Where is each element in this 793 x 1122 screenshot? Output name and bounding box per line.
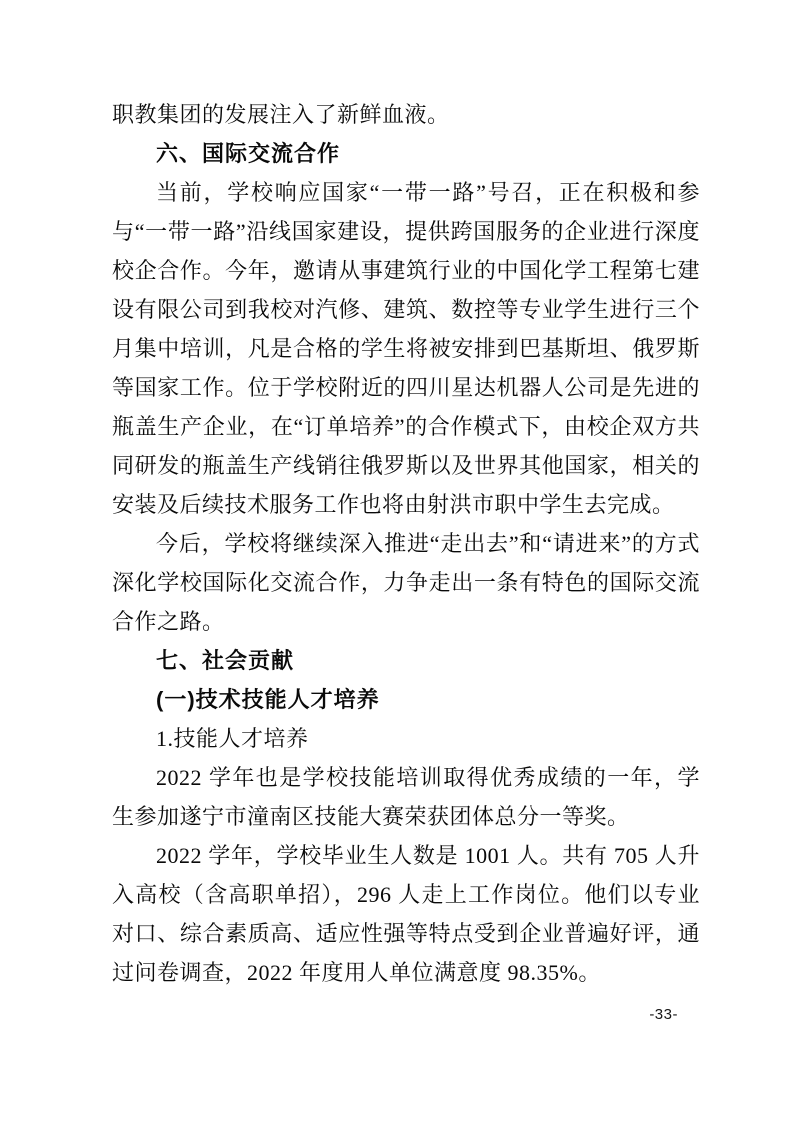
heading-talent-cultivation: (一)技术技能人才培养 [112,680,700,719]
heading-international-exchange: 六、国际交流合作 [112,134,700,173]
document-page: 职教集团的发展注入了新鲜血液。 六、国际交流合作 当前，学校响应国家“一带一路”… [0,0,793,1122]
heading-social-contribution: 七、社会贡献 [112,641,700,680]
paragraph-continuation: 职教集团的发展注入了新鲜血液。 [112,95,700,134]
paragraph-graduate-statistics: 2022 学年，学校毕业生人数是 1001 人。共有 705 人升入高校（含高职… [112,836,700,992]
document-body: 职教集团的发展注入了新鲜血液。 六、国际交流合作 当前，学校响应国家“一带一路”… [112,95,700,992]
paragraph-international-cooperation: 当前，学校响应国家“一带一路”号召，正在积极和参与“一带一路”沿线国家建设，提供… [112,173,700,524]
paragraph-future-plans: 今后，学校将继续深入推进“走出去”和“请进来”的方式深化学校国际化交流合作，力争… [112,524,700,641]
page-number: -33- [649,1006,678,1023]
subheading-skill-talent: 1.技能人才培养 [112,719,700,758]
paragraph-skill-training-results: 2022 学年也是学校技能培训取得优秀成绩的一年，学生参加遂宁市潼南区技能大赛荣… [112,758,700,836]
